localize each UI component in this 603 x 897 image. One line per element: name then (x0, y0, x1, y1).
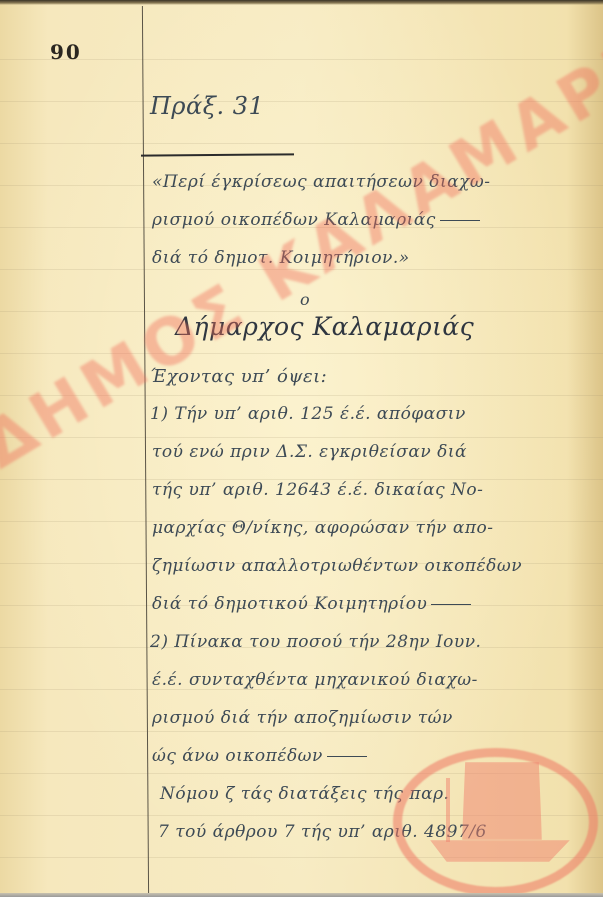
body-line-11: Νόμου ζ τάς διατάξεις τής παρ. (160, 784, 449, 804)
body-line-8: έ.έ. συνταχθέντα μηχανικού διαχω- (152, 670, 478, 690)
ship-hull-icon (430, 840, 570, 862)
ship-sail-icon (462, 762, 542, 840)
body-line-5: ζημίωσιν απαλλοτριωθέντων οικοπέδων (152, 556, 522, 576)
body-line-1: 1) Τήν υπ’ αριθ. 125 έ.έ. απόφασιν (150, 404, 466, 424)
ship-mast-icon (446, 778, 450, 842)
body-line-9: ρισμού διά τήν αποζημίωσιν τών (152, 708, 453, 728)
page-bottom-edge (0, 893, 603, 897)
article-marker: ο (300, 290, 310, 309)
body-line-3: τής υπ’ αριθ. 12643 έ.έ. δικαίας Νο- (152, 480, 483, 500)
body-line-6: διά τό δημοτικού Κοιμητηρίου (152, 594, 471, 614)
page-top-edge (0, 0, 603, 5)
intro-line: Έχοντας υπ’ όψει: (150, 366, 327, 387)
body-line-12: 7 τού άρθρου 7 τής υπ’ αριθ. 4897/6 (158, 822, 487, 842)
body-line-2: τού ενώ πριν Δ.Σ. εγκριθείσαν διά (152, 442, 467, 462)
page-number: 90 (50, 40, 82, 64)
body-line-4: μαρχίας Θ/νίκης, αφορώσαν τήν απο- (152, 518, 493, 538)
act-heading: Πράξ. 31 (150, 92, 264, 120)
body-line-10: ώς άνω οικοπέδων (152, 746, 367, 766)
subject-line-2: ρισμού οικοπέδων Καλαμαριάς (152, 210, 480, 230)
body-line-7: 2) Πίνακα του ποσού τήν 28ην Ιουν. (150, 632, 481, 652)
signatory-title: Δήμαρχος Καλαμαριάς (175, 312, 474, 341)
subject-line-1: «Περί έγκρίσεως απαιτήσεων διαχω- (152, 172, 491, 192)
subject-line-3: διά τό δημοτ. Κοιμητήριον.» (152, 248, 410, 268)
ledger-page: 90 Πράξ. 31 «Περί έγκρίσεως απαιτήσεων δ… (0, 0, 603, 897)
